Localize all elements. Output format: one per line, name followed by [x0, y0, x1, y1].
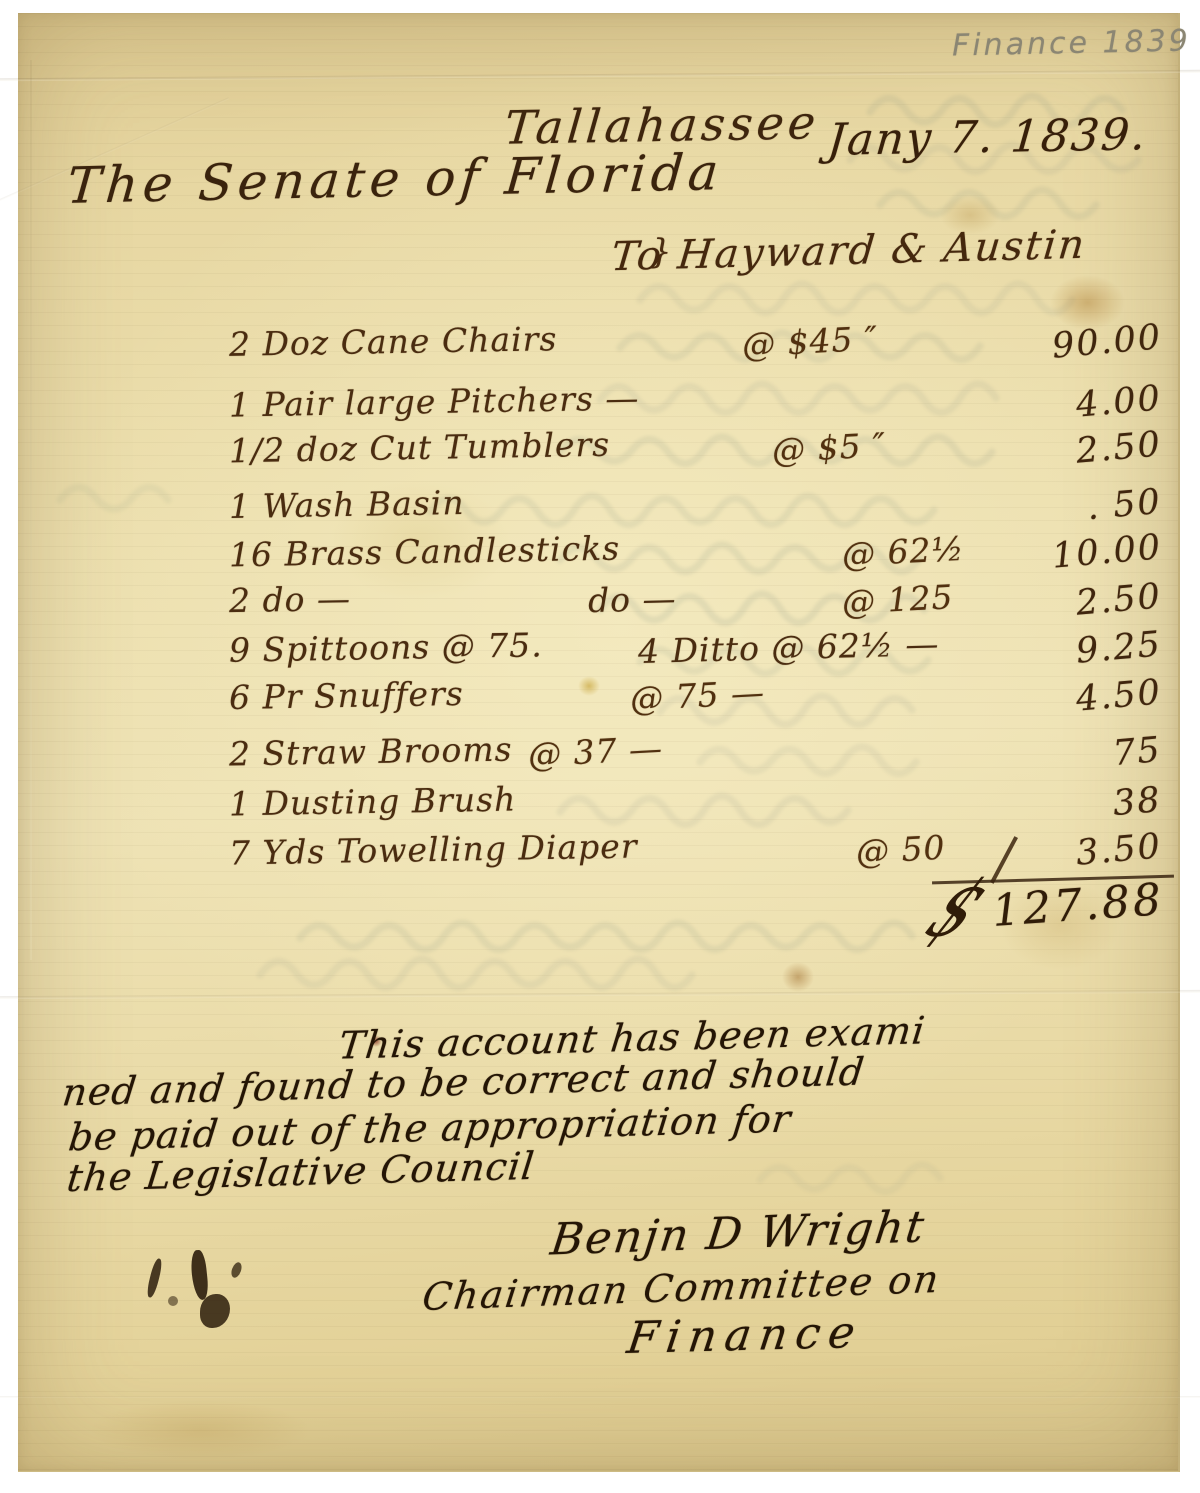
item-desc: 1/2 doz Cut Tumblers: [229, 425, 611, 471]
item-row: 7 Yds Towelling Diaper @ 50 3.50: [0, 830, 1200, 882]
paper-stain: [782, 962, 814, 992]
item-amount: 10.00: [1050, 527, 1163, 576]
item-desc: 16 Brass Candlesticks: [229, 529, 621, 575]
item-desc: 1 Dusting Brush: [229, 779, 517, 823]
item-rate: @ 75 —: [629, 672, 766, 718]
item-rate: @ 125: [841, 577, 954, 622]
item-desc: 2 do —: [229, 579, 352, 620]
item-rate: @ 62½: [841, 529, 965, 574]
item-row: 16 Brass Candlesticks @ 62½ 10.00: [0, 532, 1200, 584]
item-rate: @ $5 ″: [771, 425, 887, 470]
item-amount: 4.00: [1074, 378, 1163, 425]
item-desc: 2 Straw Brooms: [229, 730, 513, 774]
item-desc: 1 Pair large Pitchers —: [229, 378, 640, 424]
item-amount: 9.25: [1074, 624, 1163, 671]
item-ditto: 4 Ditto @ 62½ —: [638, 624, 940, 671]
paper-stain: [90, 1400, 310, 1460]
item-row: 6 Pr Snuffers @ 75 — 4.50: [0, 676, 1200, 728]
item-amount: . 50: [1086, 482, 1164, 528]
item-row: 2 Straw Brooms @ 37 — 75: [0, 732, 1200, 784]
item-ditto: do —: [588, 579, 677, 620]
item-desc: 9 Spittoons @ 75.: [229, 625, 543, 669]
signature-title: Finance: [624, 1307, 866, 1364]
item-amount: 90.00: [1050, 317, 1163, 366]
item-amount: 2.50: [1074, 424, 1163, 471]
item-desc: 7 Yds Towelling Diaper: [229, 826, 638, 872]
scanned-document-page: Finance 1839 Tallahassee Jany 7. 1839. T…: [0, 0, 1200, 1493]
item-desc: 2 Doz Cane Chairs: [229, 319, 558, 364]
item-desc: 1 Wash Basin: [229, 483, 465, 526]
dateline-date: Jany 7. 1839.: [825, 109, 1149, 166]
item-row: 2 do — do — @ 125 2.50: [0, 580, 1200, 632]
item-rate: @ 50: [855, 828, 946, 872]
item-row: 1/2 doz Cut Tumblers @ $5 ″ 2.50: [0, 428, 1200, 480]
ink-blot: [168, 1296, 178, 1306]
item-amount: 2.50: [1074, 576, 1163, 623]
item-amount: 3.50: [1074, 826, 1163, 873]
item-amount: 4.50: [1074, 672, 1163, 719]
item-desc: 6 Pr Snuffers: [229, 674, 464, 717]
archival-note: Finance 1839: [952, 24, 1192, 64]
item-amount: 75: [1112, 730, 1164, 774]
item-row: 2 Doz Cane Chairs @ $45 ″ 90.00: [0, 322, 1200, 374]
fold-crease: [0, 1396, 1200, 1398]
item-rate: @ 37 —: [527, 728, 664, 774]
item-rate: @ $45 ″: [741, 318, 879, 364]
item-amount: 38: [1112, 780, 1164, 824]
item-row: 9 Spittoons @ 75. 4 Ditto @ 62½ — 9.25: [0, 628, 1200, 680]
